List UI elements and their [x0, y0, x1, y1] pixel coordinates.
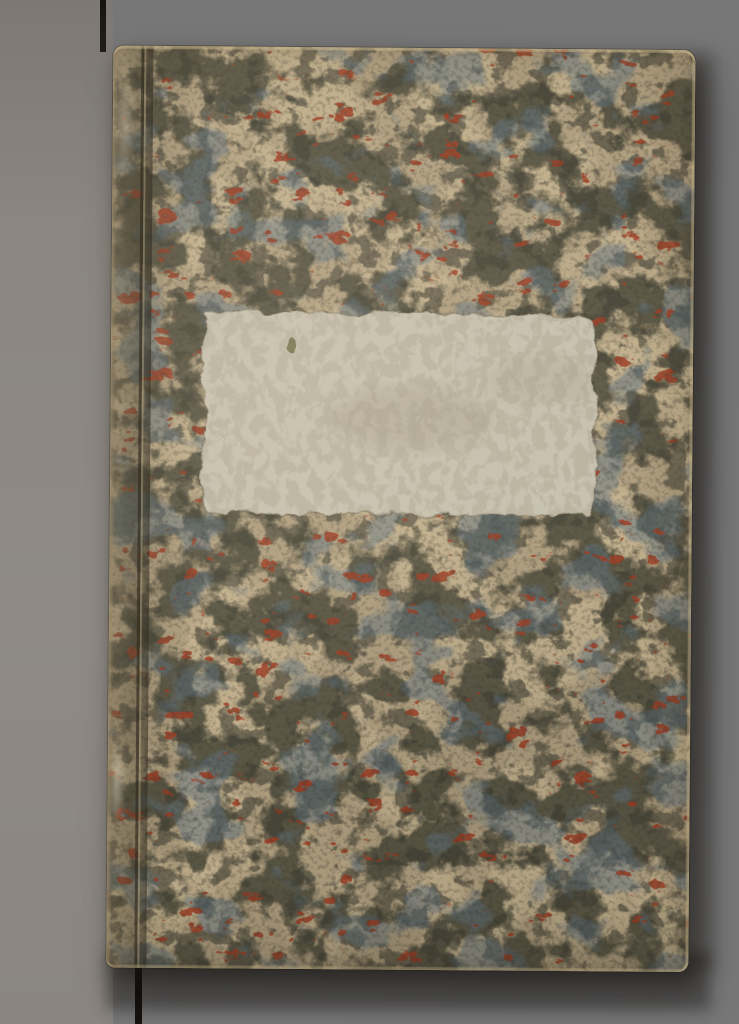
table-seam-top: [100, 0, 106, 52]
paper-label: [204, 312, 597, 515]
marbled-paper: [106, 46, 695, 973]
book-cover: [106, 46, 695, 973]
table-seam-bottom: [135, 960, 142, 1024]
table-surface-light: [0, 0, 113, 1024]
photo-canvas: [0, 0, 739, 1024]
